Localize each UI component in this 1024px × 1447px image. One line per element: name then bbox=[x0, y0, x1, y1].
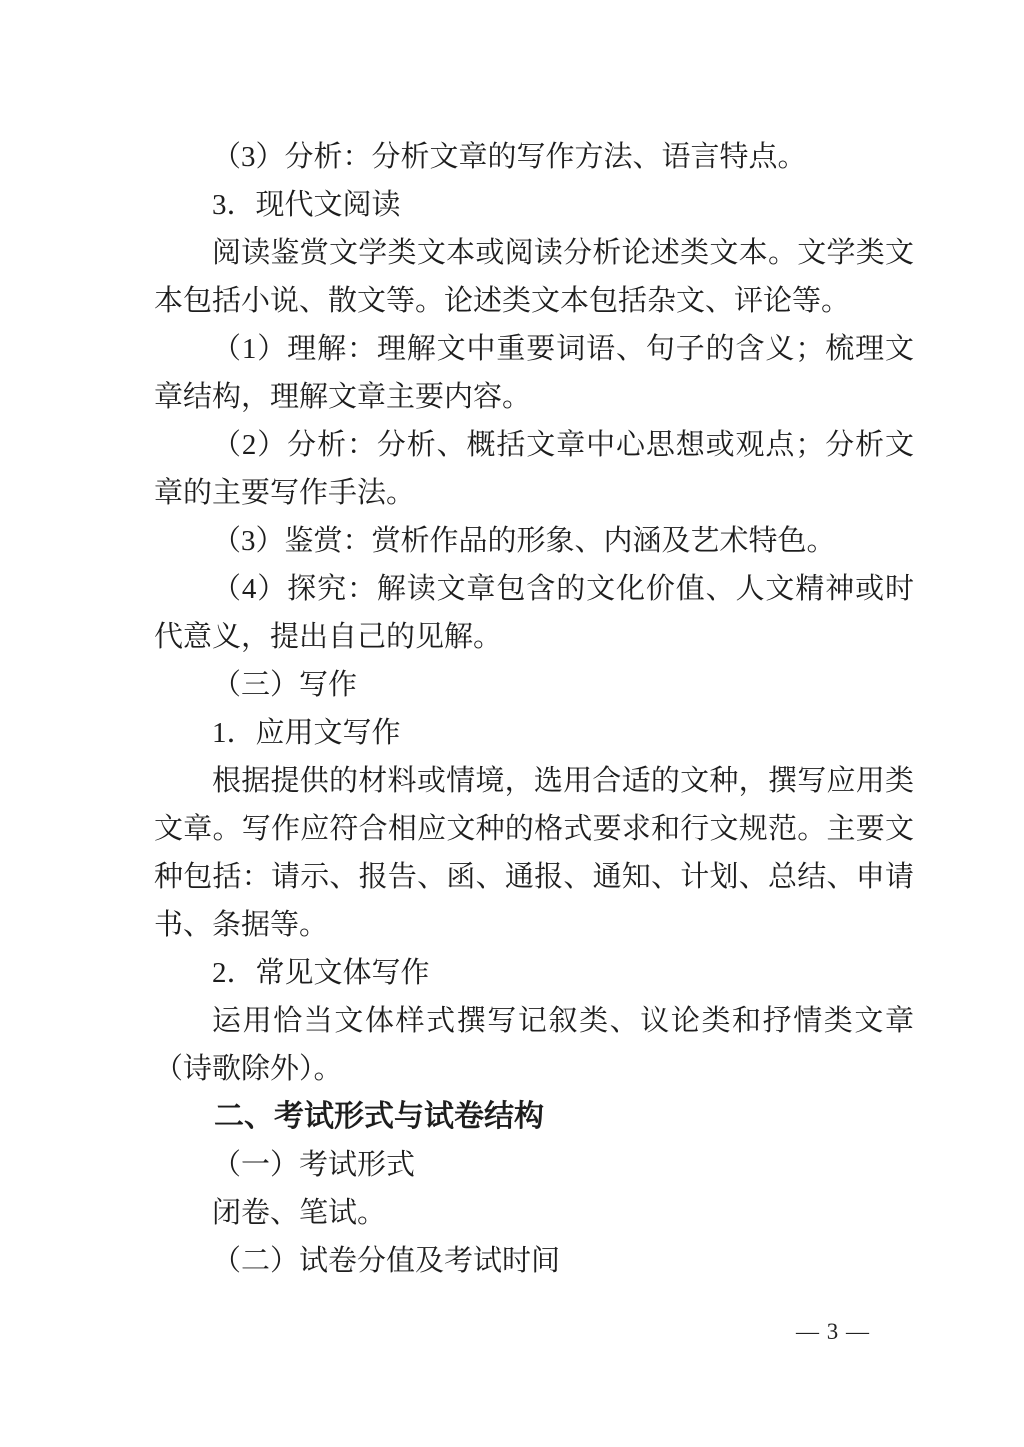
document-body: （3）分析：分析文章的写作方法、语言特点。 3．现代文阅读 阅读鉴赏文学类文本或… bbox=[154, 133, 914, 1285]
para-item4-exploration: （4）探究：解读文章包含的文化价值、人文精神或时代意义，提出自己的见解。 bbox=[154, 565, 914, 661]
para-closed-book-written-test: 闭卷、笔试。 bbox=[154, 1189, 914, 1237]
heading-2-common-genre-writing: 2．常见文体写作 bbox=[154, 949, 914, 997]
para-item3-appreciation: （3）鉴赏：赏析作品的形象、内涵及艺术特色。 bbox=[154, 517, 914, 565]
para-item3-analysis: （3）分析：分析文章的写作方法、语言特点。 bbox=[154, 133, 914, 181]
heading-sub1-exam-format: （一）考试形式 bbox=[154, 1141, 914, 1189]
para-modern-text-reading-intro: 阅读鉴赏文学类文本或阅读分析论述类文本。文学类文本包括小说、散文等。论述类文本包… bbox=[154, 229, 914, 325]
para-item1-comprehension: （1）理解：理解文中重要词语、句子的含义；梳理文章结构，理解文章主要内容。 bbox=[154, 325, 914, 421]
para-item2-analysis: （2）分析：分析、概括文章中心思想或观点；分析文章的主要写作手法。 bbox=[154, 421, 914, 517]
para-practical-writing-detail: 根据提供的材料或情境，选用合适的文种，撰写应用类文章。写作应符合相应文种的格式要… bbox=[154, 757, 914, 949]
page-number: — 3 — bbox=[796, 1316, 870, 1348]
document-page: （3）分析：分析文章的写作方法、语言特点。 3．现代文阅读 阅读鉴赏文学类文本或… bbox=[0, 0, 1024, 1447]
heading-sub2-score-and-duration: （二）试卷分值及考试时间 bbox=[154, 1237, 914, 1285]
heading-3-modern-text-reading: 3．现代文阅读 bbox=[154, 181, 914, 229]
heading-1-practical-writing: 1．应用文写作 bbox=[154, 709, 914, 757]
heading-exam-format-and-structure: 二、考试形式与试卷结构 bbox=[154, 1093, 914, 1141]
para-common-genre-writing-detail: 运用恰当文体样式撰写记叙类、议论类和抒情类文章（诗歌除外）。 bbox=[154, 997, 914, 1093]
heading-section3-writing: （三）写作 bbox=[154, 661, 914, 709]
